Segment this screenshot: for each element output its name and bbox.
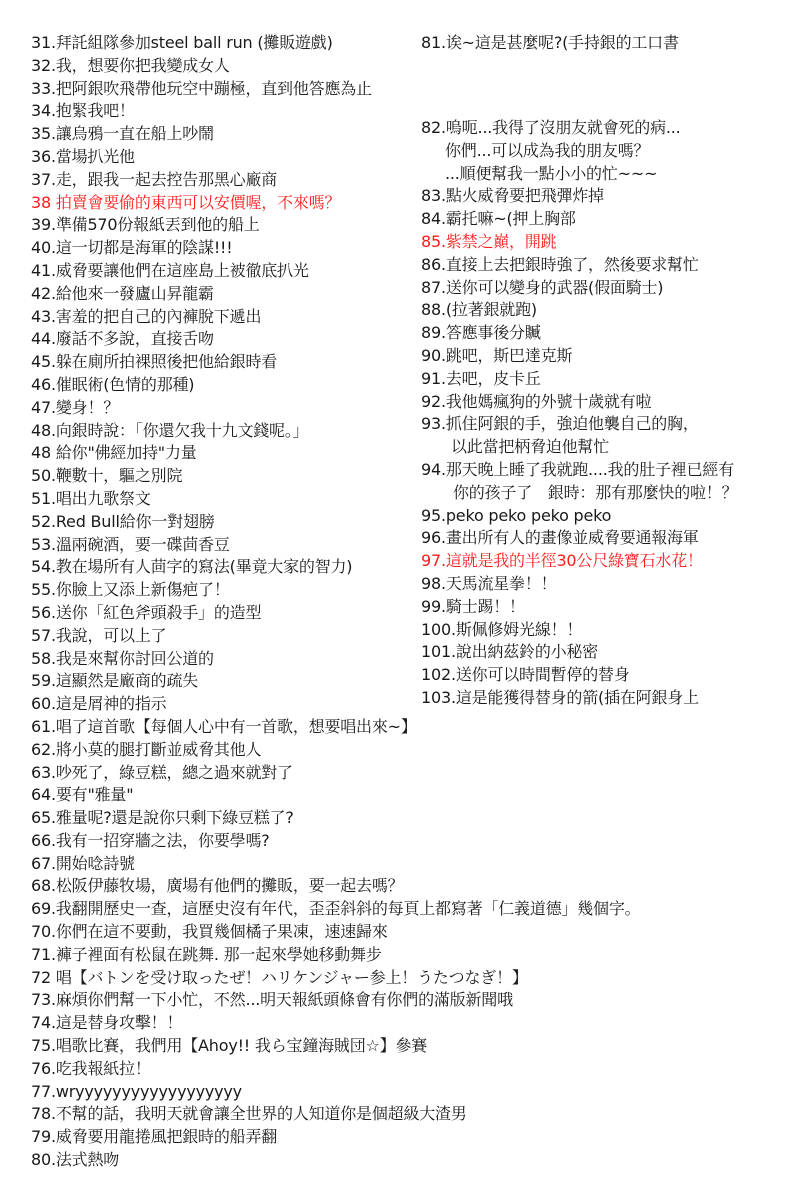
list-item: 96.畫出所有人的畫像並威脅要通報海軍 bbox=[421, 527, 737, 550]
list-item: 33.把阿銀吹飛帶他玩空中蹦極，直到他答應為止 bbox=[31, 78, 640, 101]
list-item: 75.唱歌比賽，我們用【Ahoy!! 我ら宝鐘海賊団☆】參賽 bbox=[31, 1035, 640, 1058]
list-item: 72 唱【バトンを受け取ったぜ！ハリケンジャー参上！うたつなぎ！】 bbox=[31, 967, 640, 990]
list-item: 66.我有一招穿牆之法，你要學嗎? bbox=[31, 830, 640, 853]
list-item: 68.松阪伊藤牧場，廣場有他們的攤販，要一起去嗎？ bbox=[31, 875, 640, 898]
list-item: 77.wryyyyyyyyyyyyyyyyyy bbox=[31, 1081, 640, 1104]
list-item: 70.你們在這不要動，我買幾個橘子果凍，速速歸來 bbox=[31, 921, 640, 944]
list-item: 86.直接上去把銀時強了，然後要求幫忙 bbox=[421, 254, 737, 277]
list-item: 100.斯佩修姆光線！！ bbox=[421, 619, 737, 642]
list-item: 74.這是替身攻擊！！ bbox=[31, 1012, 640, 1035]
list-item: 61.唱了這首歌【每個人心中有一首歌，想要唱出來~】 bbox=[31, 716, 640, 739]
list-item: 64.要有"雅量" bbox=[31, 784, 640, 807]
list-item: 32.我，想要你把我變成女人 bbox=[31, 55, 640, 78]
list-item: 92.我他媽瘋狗的外號十歲就有啦 bbox=[421, 391, 737, 414]
list-item: 79.威脅要用龍捲風把銀時的船弄翻 bbox=[31, 1126, 640, 1149]
list-item: 83.點火威脅要把飛彈炸掉 bbox=[421, 185, 737, 208]
list-item: 69.我翻開歷史一查，這歷史沒有年代，歪歪斜斜的每頁上都寫著「仁義道德」幾個字。 bbox=[31, 898, 640, 921]
list-item: 89.答應事後分贓 bbox=[421, 322, 737, 345]
list-item-continuation: 你們...可以成為我的朋友嗎？ bbox=[421, 140, 737, 163]
list-item: 91.去吧，皮卡丘 bbox=[421, 368, 737, 391]
list-item: 95.peko peko peko peko bbox=[421, 505, 737, 528]
list-item: 101.說出納茲鈴的小秘密 bbox=[421, 641, 737, 664]
right-column-list: 82.嗚呃...我得了沒朋友就會死的病...你們...可以成為我的朋友嗎？...… bbox=[421, 117, 737, 710]
list-item: 80.法式熱吻 bbox=[31, 1149, 640, 1172]
list-item: 98.天馬流星拳！！ bbox=[421, 573, 737, 596]
list-item: 81.诶~這是甚麼呢?(手持銀的工口書 bbox=[421, 32, 679, 55]
list-item: 99.騎士踢！！ bbox=[421, 596, 737, 619]
list-item: 73.麻煩你們幫一下小忙，不然...明天報紙頭條會有你們的滿版新聞哦 bbox=[31, 989, 640, 1012]
list-item: 103.這是能獲得替身的箭(插在阿銀身上 bbox=[421, 687, 737, 710]
list-item-continuation: ...順便幫我一點小小的忙~~~ bbox=[421, 163, 737, 186]
list-item: 62.將小莫的腿打斷並威脅其他人 bbox=[31, 739, 640, 762]
list-item: 78.不幫的話，我明天就會讓全世界的人知道你是個超級大渣男 bbox=[31, 1103, 640, 1126]
list-item: 102.送你可以時間暫停的替身 bbox=[421, 664, 737, 687]
list-item: 85.紫禁之巔，開跳 bbox=[421, 231, 737, 254]
list-item: 84.霸托嘛~(押上胸部 bbox=[421, 208, 737, 231]
list-item-continuation: 你的孩子了 銀時：那有那麼快的啦！？ bbox=[421, 482, 737, 505]
list-item: 82.嗚呃...我得了沒朋友就會死的病... bbox=[421, 117, 737, 140]
list-item: 76.吃我報紙拉！ bbox=[31, 1058, 640, 1081]
list-item: 71.褲子裡面有松鼠在跳舞. 那一起來學她移動舞步 bbox=[31, 944, 640, 967]
list-item: 90.跳吧，斯巴達克斯 bbox=[421, 345, 737, 368]
right-column-top-list: 81.诶~這是甚麼呢?(手持銀的工口書 bbox=[421, 32, 679, 55]
list-item: 93.抓住阿銀的手，強迫他襲自己的胸， bbox=[421, 413, 737, 436]
list-item: 65.雅量呢?還是說你只剩下綠豆糕了? bbox=[31, 807, 640, 830]
list-item: 87.送你可以變身的武器(假面騎士) bbox=[421, 277, 737, 300]
list-item: 97.這就是我的半徑30公尺綠寶石水花！ bbox=[421, 550, 737, 573]
list-item-continuation: 以此當把柄脅迫他幫忙 bbox=[421, 436, 737, 459]
list-item: 94.那天晚上睡了我就跑....我的肚子裡已經有 bbox=[421, 459, 737, 482]
list-item: 67.開始唸詩號 bbox=[31, 853, 640, 876]
list-item: 88.(拉著銀就跑) bbox=[421, 299, 737, 322]
list-item: 63.吵死了，綠豆糕，總之過來就對了 bbox=[31, 762, 640, 785]
